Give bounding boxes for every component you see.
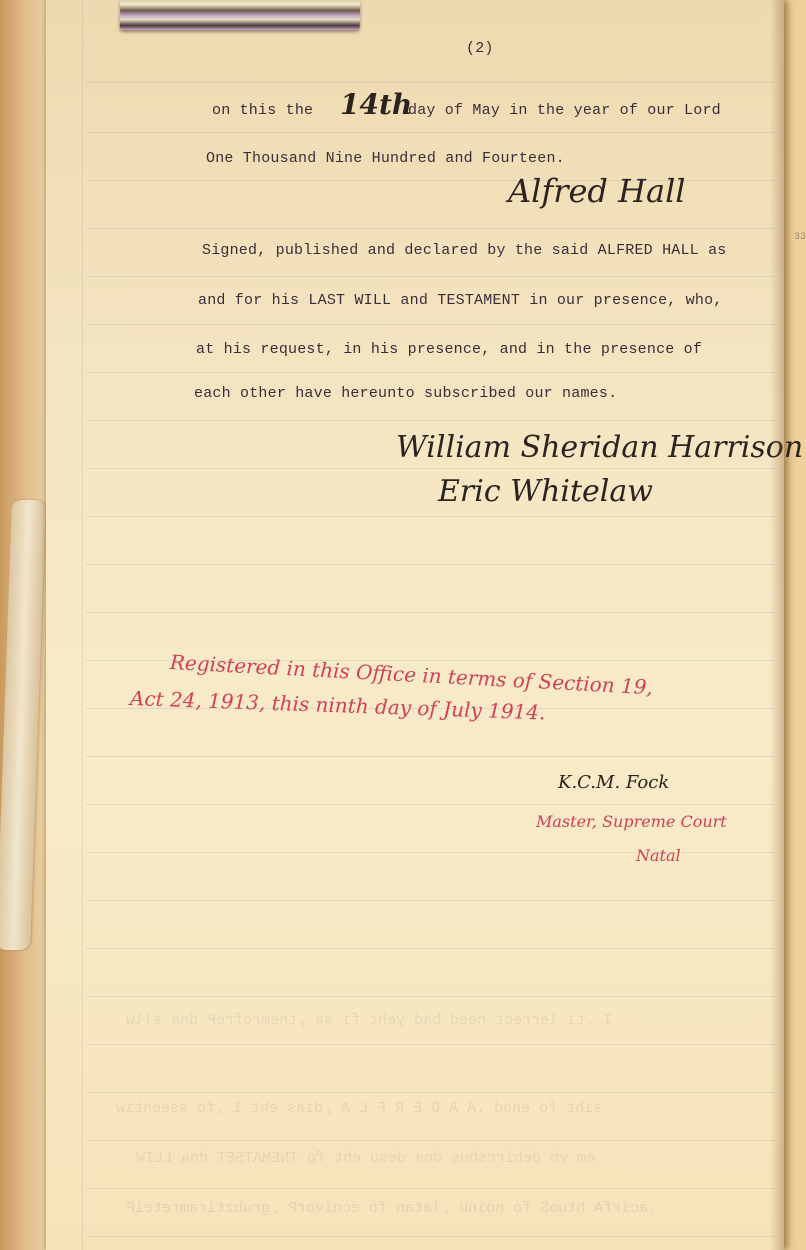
bleed-through-line: em yb debircsbus dna desu eht fo TNEMATS… xyxy=(136,1150,595,1167)
witness-signature: Eric Whitelaw xyxy=(438,474,653,509)
master-jurisdiction: Natal xyxy=(636,846,681,865)
ruled-line xyxy=(86,420,774,421)
year-line: One Thousand Nine Hundred and Fourteen. xyxy=(206,150,565,167)
ruled-line xyxy=(86,948,774,949)
bleed-through-line: I .ti lerrect need bad yeht fi sa ,tnemr… xyxy=(126,1012,612,1029)
ruled-line xyxy=(86,996,774,997)
ruled-line xyxy=(86,82,774,83)
ruled-line xyxy=(86,276,774,277)
date-line-suffix: day of May in the year of our Lord xyxy=(408,102,721,119)
testator-signature: Alfred Hall xyxy=(508,172,686,210)
ruled-line xyxy=(86,612,774,613)
ruled-line xyxy=(86,372,774,373)
master-signature: K.C.M. Fock xyxy=(558,772,669,793)
ruled-line xyxy=(86,324,774,325)
ruled-line xyxy=(86,132,774,133)
ruled-line xyxy=(86,564,774,565)
page-number: (2) xyxy=(466,40,494,57)
attestation-line: each other have hereunto subscribed our … xyxy=(194,385,617,402)
attestation-line: at his request, in his presence, and in … xyxy=(196,341,702,358)
witness-signature: William Sheridan Harrison xyxy=(396,430,803,465)
bleed-through-line: .acirfA htuoS fo noinU ,latan fo ecnivor… xyxy=(126,1200,657,1217)
will-page: I .ti lerrect need bad yeht fi sa ,tnemr… xyxy=(46,0,784,1250)
registration-note-line: Act 24, 1913, this ninth day of July 191… xyxy=(130,686,546,724)
ruled-line xyxy=(86,1044,774,1045)
ruled-line xyxy=(86,468,774,469)
ruled-line xyxy=(86,228,774,229)
ruled-line xyxy=(86,1092,774,1093)
ruled-line xyxy=(86,756,774,757)
ruled-line xyxy=(86,1140,774,1141)
metal-binder-clip xyxy=(120,0,361,30)
ruled-line xyxy=(86,804,774,805)
attestation-line: Signed, published and declared by the sa… xyxy=(202,242,726,259)
edge-mark: 33 xyxy=(794,232,806,243)
margin-line xyxy=(82,0,83,1250)
ruled-line xyxy=(86,1236,774,1237)
ruled-line xyxy=(86,1188,774,1189)
handwritten-day: 14th xyxy=(340,88,412,121)
attestation-line: and for his LAST WILL and TESTAMENT in o… xyxy=(198,292,722,309)
master-title: Master, Supreme Court xyxy=(536,812,727,831)
bleed-through-line: siht fo enod .A A D E R F L A ,dias eht … xyxy=(116,1100,602,1117)
date-line-prefix: on this the xyxy=(212,102,313,119)
ruled-line xyxy=(86,900,774,901)
ruled-line xyxy=(86,516,774,517)
